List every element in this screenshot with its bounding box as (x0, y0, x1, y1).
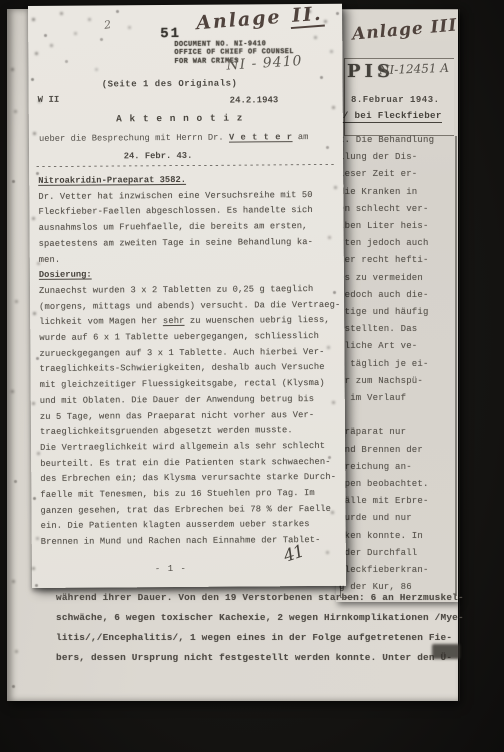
right-page-text-column: t. Die Behandlungllung der Dis-ieser Zei… (339, 132, 457, 596)
document-date: 24.2.1943 (230, 95, 279, 105)
body-line: spaetestens am zweiten Tage in seine Beh… (39, 235, 339, 253)
photocopy-noise-top-edge (40, 8, 43, 11)
text-line-fragment: ftige und häufig (339, 304, 457, 321)
text-line-fragment (339, 407, 457, 424)
photocopy-noise-left-edge (30, 12, 33, 15)
body-line: und mit Oblaten. Die Dauer der Anwendung… (40, 392, 340, 410)
page-edge-line (455, 136, 457, 596)
bottom-document-page: während ihrer Dauer. Von den 19 Verstorb… (56, 588, 458, 668)
text-line-fragment: ger recht hefti- (339, 252, 457, 269)
body-line: mit gleichzeitiger Fluessigkeitsgabe, re… (40, 376, 340, 394)
body-line: wurde auf 6 x 1 Tablette uebergegangen, … (39, 329, 339, 347)
right-page-date: 8.Februar 1943. (351, 95, 440, 105)
body-line: faelle mit Tenesmen, bis zu 16 Stuehlen … (40, 486, 340, 504)
dashed-separator: ----------------------------------------… (35, 160, 335, 172)
main-document-page: 2 51 Anlage II. DOCUMENT NO. NI-9410OFFI… (28, 4, 346, 588)
reference-mark: W II (38, 95, 60, 105)
document-body: Nitroakridin-Praeparat 3582. Dr. Vetter … (38, 172, 341, 575)
photocopy-noise-right-edge (300, 6, 303, 9)
text-line-fragment: und Brennen der (339, 442, 457, 459)
text-line-fragment: breichung an- (339, 459, 457, 476)
sehr-pre: lichkeit vom Magen her (39, 316, 163, 327)
anlage-ii-handwriting: Anlage II. (195, 2, 325, 34)
text-line-fragment: l täglich je ei- (339, 356, 457, 373)
paragraph-2b: wurde auf 6 x 1 Tablette uebergegangen, … (39, 329, 341, 551)
text-line-fragment: Fälle mit Erbre- (339, 493, 457, 510)
sehr-post: zu wuenschen uebrig liess, (184, 315, 329, 326)
bottom-text-line: schwäche, 6 wegen toxischer Kachexie, 2 … (56, 608, 458, 628)
anlage-word: Anlage (195, 6, 282, 34)
subject-line: ueber die Besprechung mit Herrn Dr. V e … (39, 132, 309, 144)
ink-smudge (432, 644, 460, 659)
pencil-page-number: 2 (103, 18, 112, 32)
document-stamp-slip: PIS NI-12451 A 8.Februar 1943. (344, 58, 454, 136)
bottom-text-line: während ihrer Dauer. Von den 19 Verstorb… (56, 588, 458, 608)
anlage-numeral: II. (289, 2, 325, 29)
exhibit-number-stamp: 51 (160, 26, 181, 42)
text-line-fragment: llung der Dis- (339, 149, 457, 166)
text-line-fragment: gliche Art ve- (339, 338, 457, 355)
page-number: - 1 - (21, 563, 321, 575)
text-line-fragment: er zum Nachspü- (339, 373, 457, 390)
text-line-fragment: lben Liter heis- (339, 218, 457, 235)
body-line: Zunaechst wurden 3 x 2 Tabletten zu 0,25… (39, 282, 339, 300)
subject-post: am (293, 132, 309, 142)
ni-9410-handwriting: NI - 9410 (226, 53, 303, 73)
text-line-fragment: t. Die Behandlung (339, 132, 457, 149)
paragraph-1: Dr. Vetter hat inzwischen eine Versuchsr… (38, 188, 339, 269)
subject-pre: ueber die Besprechung mit Herrn Dr. (39, 133, 229, 144)
text-line-fragment: die Kranken in (339, 184, 457, 201)
anlage-iii-handwriting: Anlage III (351, 15, 458, 44)
body-line: zu 5 Tage, wenn das Praeparat nicht vorh… (40, 407, 340, 425)
paragraph-2a: Zunaechst wurden 3 x 2 Tabletten zu 0,25… (39, 282, 339, 315)
text-line-fragment: en schlecht ver- (339, 201, 457, 218)
right-page-subject: 2/ bei Fleckfieber (337, 110, 442, 123)
text-line-fragment: r im Verlauf (339, 390, 457, 407)
photocopy-noise-sheet-edge (10, 60, 13, 63)
right-document-page: Anlage III PIS NI-12451 A 8.Februar 1943… (336, 10, 458, 602)
seite-note: (Seite 1 des Originals) (13, 78, 327, 90)
photo-background: Anlage III PIS NI-12451 A 8.Februar 1943… (0, 0, 504, 752)
text-line-fragment: wurde und nur (339, 510, 457, 527)
bottom-text-line: bers, dessen Ursprung nicht festgestellt… (56, 648, 458, 668)
body-line: Die Vertraeglichkeit wird allgemein als … (40, 439, 340, 457)
text-line-fragment: Präparat nur (339, 424, 457, 441)
bottom-text-line: litis/,/Encephalitis/, 1 wegen eines in … (56, 628, 458, 648)
text-line-fragment: ieser Zeit er- (339, 166, 457, 183)
text-line-fragment: rten jedoch auch (339, 235, 457, 252)
ni-12451-handwriting: NI-12451 A (379, 61, 449, 77)
text-line-fragment: rken konnte. In (339, 528, 457, 545)
text-line-fragment: nstellten. Das (339, 321, 457, 338)
text-line-fragment: es zu vermeiden (339, 270, 457, 287)
text-line-fragment: Jedoch auch die- (339, 287, 457, 304)
subject-name: V e t t e r (229, 132, 293, 142)
sehr-underlined: sehr (163, 316, 185, 326)
body-line: ausnahmslos um Fruehfaelle, die bereits … (39, 219, 339, 237)
text-line-fragment: ppen beobachtet. (339, 476, 457, 493)
text-line-fragment: nder Durchfall (339, 545, 457, 562)
text-line-fragment: Fleckfieberkran- (339, 562, 457, 579)
document-title: A k t e n n o t i z (23, 112, 337, 125)
